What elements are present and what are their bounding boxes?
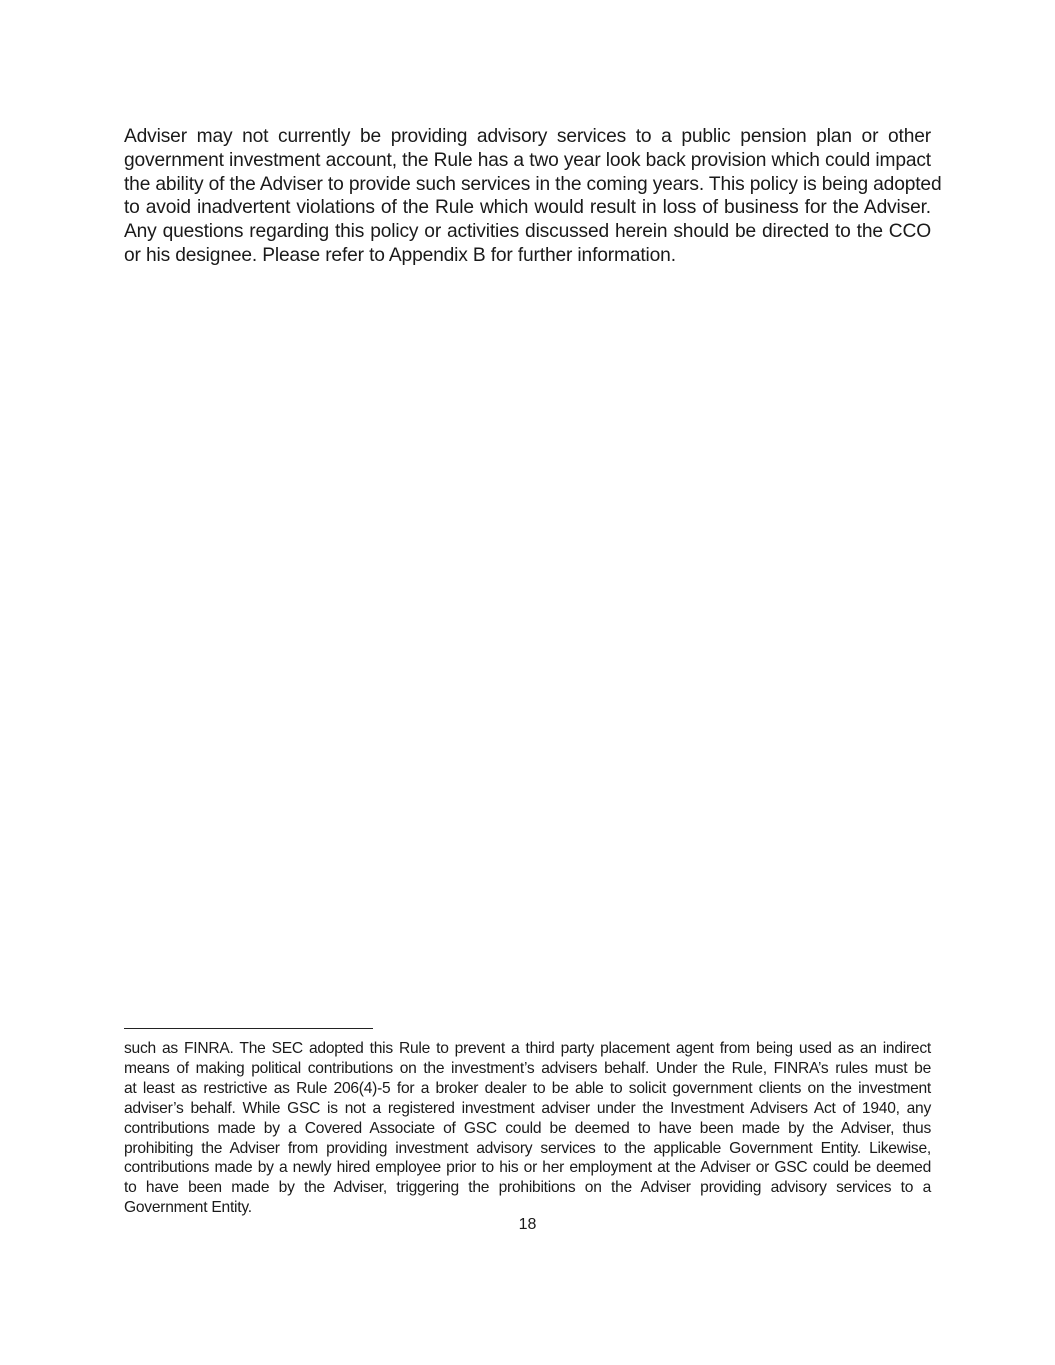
document-page: Adviser may not currently be providing a… bbox=[0, 0, 1055, 1365]
body-line: Adviser may not currently be providing a… bbox=[124, 125, 931, 149]
footnote-line: prohibiting the Adviser from providing i… bbox=[124, 1139, 931, 1159]
body-line: or his designee. Please refer to Appendi… bbox=[124, 244, 931, 268]
footnote-line: means of making political contributions … bbox=[124, 1059, 931, 1079]
page-number: 18 bbox=[0, 1215, 1055, 1235]
footnote-separator bbox=[124, 1028, 373, 1029]
body-line: government investment account, the Rule … bbox=[124, 149, 931, 173]
footnote-line: contributions made by a newly hired empl… bbox=[124, 1158, 931, 1178]
footnote-line: such as FINRA. The SEC adopted this Rule… bbox=[124, 1039, 931, 1059]
body-line: the ability of the Adviser to provide su… bbox=[124, 173, 931, 197]
footnote-line: at least as restrictive as Rule 206(4)-5… bbox=[124, 1079, 931, 1099]
footnote-line: adviser’s behalf. While GSC is not a reg… bbox=[124, 1099, 931, 1119]
body-paragraph: Adviser may not currently be providing a… bbox=[124, 125, 931, 268]
footnote-text: such as FINRA. The SEC adopted this Rule… bbox=[124, 1039, 931, 1218]
body-line: to avoid inadvertent violations of the R… bbox=[124, 196, 931, 220]
footnote-line: contributions made by a Covered Associat… bbox=[124, 1119, 931, 1139]
footnote-line: to have been made by the Adviser, trigge… bbox=[124, 1178, 931, 1198]
body-line: Any questions regarding this policy or a… bbox=[124, 220, 931, 244]
